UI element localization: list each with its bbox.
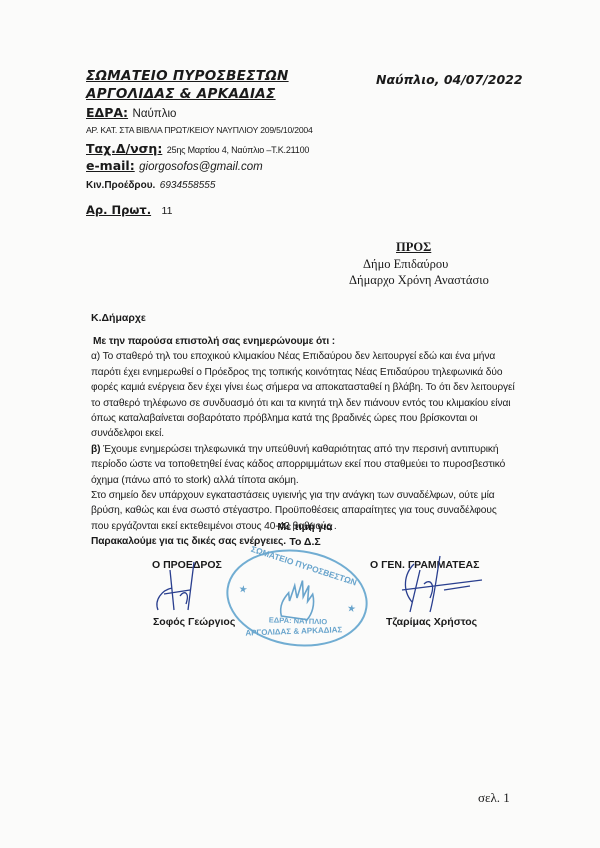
stamp-bottom-text: ΑΡΓΟΛΙΔΑΣ & ΑΡΚΑΔΙΑΣ [245, 625, 342, 637]
regards-block: Με τιμή για Το Δ.Σ [260, 520, 350, 550]
org-name-line1: ΣΩΜΑΤΕΙΟ ΠΥΡΟΣΒΕΣΤΩΝ [86, 68, 289, 84]
recipient-line1: Δήμο Επιδαύρου [363, 257, 448, 272]
email-label: e-mail: [86, 158, 135, 173]
body-intro: Με την παρούσα επιστολή σας ενημερώνουμε… [91, 334, 515, 349]
org-name-line2: ΑΡΓΟΛΙΔΑΣ & ΑΡΚΑΔΙΑΣ [86, 86, 276, 102]
address-value: 25ης Μαρτίου 4, Ναύπλιο –Τ.Κ.21100 [167, 145, 309, 155]
salutation: Κ.Δήμαρχε [91, 312, 146, 324]
letter-body: Με την παρούσα επιστολή σας ενημερώνουμε… [91, 334, 515, 550]
mobile-row: Κιν.Προέδρου. 6934558555 [86, 175, 215, 193]
email-row: e-mail: giorgosofos@gmail.com [86, 157, 263, 175]
point-b-label: β) [91, 444, 100, 455]
seat-label: ΕΔΡΑ: [86, 105, 128, 120]
star-icon-left: ★ [238, 584, 248, 596]
address-label: Ταχ.Δ/νση: [86, 141, 162, 156]
regards-line2: Το Δ.Σ [260, 535, 350, 550]
protocol-label: Αρ. Πρωτ. [86, 203, 151, 217]
protocol-row: Αρ. Πρωτ. 11 [86, 201, 172, 219]
body-point-a: α) Το σταθερό τηλ του εποχικού κλιμακίου… [91, 349, 515, 441]
star-icon-right: ★ [346, 603, 356, 615]
association-stamp: ΣΩΜΑΤΕΙΟ ΠΥΡΟΣΒΕΣΤΩΝ ★ ★ ΕΔΡΑ: ΝΑΥΠΛΙΟ Α… [220, 541, 374, 656]
recipient-line2: Δήμαρχο Χρόνη Αναστάσιο [349, 273, 489, 288]
registry-line: ΑΡ. ΚΑΤ. ΣΤΑ ΒΙΒΛΙΑ ΠΡΩΤ/ΚΕΙΟΥ ΝΑΥΠΛΙΟΥ … [86, 125, 313, 135]
stamp-seat-text: ΕΔΡΑ: ΝΑΥΠΛΙΟ [269, 615, 328, 626]
secretary-name: Τζαρίμας Χρήστος [386, 616, 477, 628]
mobile-label: Κιν.Προέδρου. [86, 180, 155, 191]
address-row: Ταχ.Δ/νση: 25ης Μαρτίου 4, Ναύπλιο –Τ.Κ.… [86, 140, 309, 158]
president-name: Σοφός Γεώργιος [153, 616, 235, 628]
president-signature [150, 560, 210, 620]
place-date: Ναύπλιο, 04/07/2022 [376, 72, 523, 87]
page-number: σελ. 1 [478, 790, 510, 806]
mobile-value: 6934558555 [160, 180, 216, 191]
recipient-to-label: ΠΡΟΣ [396, 240, 431, 255]
seat-row: ΕΔΡΑ: Ναύπλιο [86, 104, 176, 122]
body-point-b: β) Έχουμε ενημερώσει τηλεφωνικά την υπεύ… [91, 442, 515, 488]
regards-line1: Με τιμή για [260, 520, 350, 535]
email-value[interactable]: giorgosofos@gmail.com [139, 161, 263, 173]
protocol-value: 11 [162, 205, 173, 217]
secretary-signature [390, 550, 490, 620]
point-b-text: Έχουμε ενημερώσει τηλεφωνικά την υπεύθυν… [91, 444, 505, 486]
seat-value: Ναύπλιο [133, 108, 177, 120]
